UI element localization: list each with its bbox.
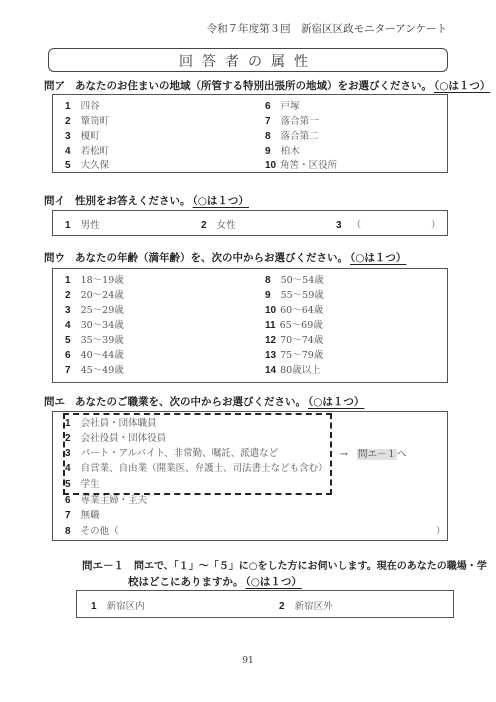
option-i-3-close-paren: ） [431,217,441,231]
options-1-5-dashed-group [63,413,332,495]
question-e-label: 問エ [44,394,65,409]
question-i-label: 問イ [44,193,65,208]
option-u-13[interactable]: 1375～79歳 [265,347,323,361]
option-e1-1[interactable]: 1新宿区内 [91,598,145,612]
option-a-9[interactable]: 9柏木 [265,143,300,157]
option-u-6[interactable]: 640～44歳 [65,347,124,361]
option-a-3[interactable]: 3榎町 [65,128,100,142]
question-u: 問ウあなたの年齢（満年齢）を、次の中からお選びください。（○は１つ） [44,250,406,265]
arrow-right-icon: → [340,449,348,460]
question-i-note: （○は１つ） [193,195,249,207]
question-u-label: 問ウ [44,250,65,265]
option-u-3[interactable]: 325～29歳 [65,302,124,316]
option-a-6[interactable]: 6戸塚 [265,98,300,112]
option-a-4[interactable]: 4若松町 [65,143,109,157]
option-a-1[interactable]: 1四谷 [65,98,100,112]
option-u-9[interactable]: 955～59歳 [265,287,324,301]
question-e1-text-line2: 校はどこにありますか。 [128,576,244,588]
option-a-5[interactable]: 5大久保 [65,157,109,171]
option-u-1[interactable]: 118～19歳 [65,272,124,286]
page-number: 91 [0,656,496,666]
option-a-8[interactable]: 8落合第二 [265,128,319,142]
option-u-2[interactable]: 220～24歳 [65,287,124,301]
question-i: 問イ性別をお答えください。（○は１つ） [44,193,249,208]
question-a: 問アあなたのお住まいの地域（所管する特別出張所の地域）をお選びください。（○は１… [44,78,490,93]
option-u-4[interactable]: 430～34歳 [65,317,124,331]
question-e-note: （○は１つ） [308,396,364,408]
section-title-box: 回答者の属性 [48,48,448,72]
question-a-text: あなたのお住まいの地域（所管する特別出張所の地域）をお選びください。 [75,80,432,92]
option-i-2[interactable]: 2女性 [201,217,236,231]
option-a-2[interactable]: 2簞笥町 [65,113,109,127]
option-u-5[interactable]: 535～39歳 [65,332,124,346]
option-u-7[interactable]: 745～49歳 [65,362,124,376]
option-u-10[interactable]: 1060～64歳 [265,302,323,316]
goto-instruction: → 問エ－１へ [340,446,407,460]
option-u-11[interactable]: 1165～69歳 [265,317,323,331]
option-e1-2[interactable]: 2新宿区外 [279,598,333,612]
question-a-label: 問ア [44,78,65,93]
question-u-text: あなたの年齢（満年齢）を、次の中からお選びください。 [75,252,348,264]
question-a-note: （○は１つ） [434,80,490,92]
goto-suffix: へ [397,449,407,460]
option-a-7[interactable]: 7落合第一 [265,113,319,127]
goto-target-link[interactable]: 問エ－１ [357,449,397,460]
question-e: 問エあなたのご職業を、次の中からお選びください。（○は１つ） [44,394,364,409]
question-e1: 問エ－１問エで、「１」～「５」に○をした方にお伺いします。現在のあなたの職場・学 [82,557,487,573]
question-i-text: 性別をお答えください。 [75,195,191,207]
question-e1-note: （○は１つ） [246,576,302,588]
option-e-8-close-paren: ） [436,523,446,537]
question-e1-line2: 校はどこにありますか。（○は１つ） [128,574,302,589]
option-i-1[interactable]: 1男性 [65,217,100,231]
option-a-10[interactable]: 10角筈・区役所 [265,157,337,171]
question-e1-text-line1: 問エで、「１」～「５」に○をした方にお伺いします。現在のあなたの職場・学 [134,561,487,572]
option-u-14[interactable]: 1480歳以上 [265,362,321,376]
question-e-text: あなたのご職業を、次の中からお選びください。 [75,396,306,408]
question-i-options-box: 1男性 2女性 3（ ） [52,210,448,236]
question-e1-options-box: 1新宿区内 2新宿区外 [76,590,454,618]
survey-title: 令和７年度第３回 新宿区区政モニターアンケート [207,21,447,36]
option-u-12[interactable]: 1270～74歳 [265,332,323,346]
option-e-7[interactable]: 7無職 [65,507,100,521]
option-i-3[interactable]: 3（ [336,217,361,231]
option-e-8[interactable]: 8その他（ [65,523,119,537]
question-a-options-box: 1四谷 2簞笥町 3榎町 4若松町 5大久保 6戸塚 7落合第一 8落合第二 9… [52,94,448,173]
question-u-options-box: 118～19歳 220～24歳 325～29歳 430～34歳 535～39歳 … [52,268,448,383]
option-u-8[interactable]: 850～54歳 [265,272,324,286]
question-u-note: （○は１つ） [350,252,406,264]
question-e1-label: 問エ－１ [82,558,124,573]
section-title: 回答者の属性 [49,51,447,71]
